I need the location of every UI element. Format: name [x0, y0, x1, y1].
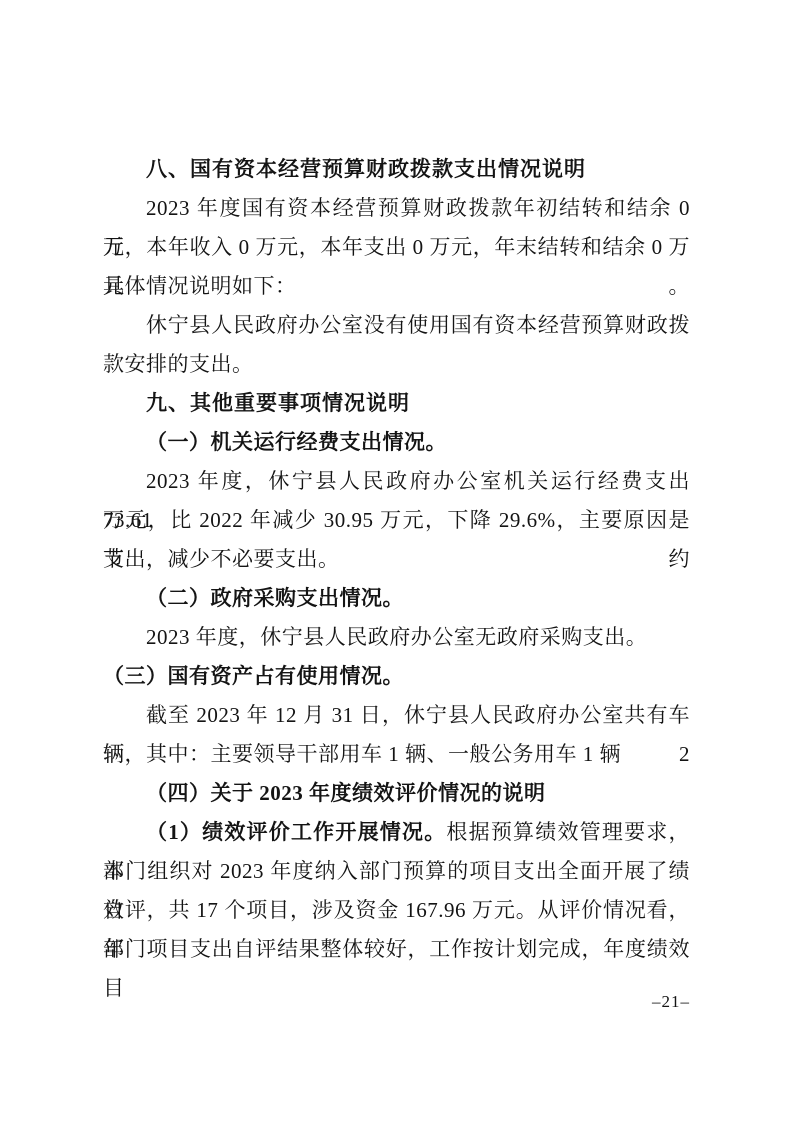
text-line: 自评，共 17 个项目，涉及资金 167.96 万元。从评价情况看，年 [103, 891, 690, 930]
text-run: 部门项目支出自评结果整体较好，工作按计划完成，年度绩效目 [103, 937, 690, 1000]
section-heading-line: 九、其他重要事项情况说明 [103, 384, 690, 423]
text-line: 元，本年收入 0 万元，本年支出 0 万元，年末结转和结余 0 万元。 [103, 228, 690, 267]
text-line: 部门项目支出自评结果整体较好，工作按计划完成，年度绩效目 [103, 930, 690, 969]
subheading-line: （二）政府采购支出情况。 [103, 579, 690, 618]
text-line: 2023 年度，休宁县人民政府办公室无政府采购支出。 [103, 618, 690, 657]
document-body: 八、国有资本经营预算财政拨款支出情况说明2023 年度国有资本经营预算财政拨款年… [103, 150, 690, 969]
subheading-line: （一）机关运行经费支出情况。 [103, 423, 690, 462]
text-run: 支出，减少不必要支出。 [103, 547, 340, 571]
bold-text-run: （三）国有资产占有使用情况。 [103, 664, 404, 688]
text-run: 休宁县人民政府办公室没有使用国有资本经营预算财政拨 [146, 313, 690, 337]
bold-text-run: （一）机关运行经费支出情况。 [146, 430, 447, 454]
text-run: 辆，其中：主要领导干部用车 1 辆、一般公务用车 1 辆 [103, 742, 621, 766]
subheading-line: （1）绩效评价工作开展情况。根据预算绩效管理要求，本 [103, 813, 690, 852]
text-line: 部门组织对 2023 年度纳入部门预算的项目支出全面开展了绩效 [103, 852, 690, 891]
section-heading-line: 八、国有资本经营预算财政拨款支出情况说明 [103, 150, 690, 189]
text-run: 2023 年度，休宁县人民政府办公室无政府采购支出。 [146, 625, 647, 649]
bold-text-run: 九、其他重要事项情况说明 [146, 392, 410, 415]
subheading-line: （三）国有资产占有使用情况。 [103, 657, 690, 696]
page-number: –21– [652, 992, 690, 1012]
text-line: 截至 2023 年 12 月 31 日，休宁县人民政府办公室共有车辆 2 [103, 696, 690, 735]
text-line: 2023 年度国有资本经营预算财政拨款年初结转和结余 0 万 [103, 189, 690, 228]
text-line: 休宁县人民政府办公室没有使用国有资本经营预算财政拨 [103, 306, 690, 345]
text-run: 款安排的支出。 [103, 352, 254, 376]
text-line: 款安排的支出。 [103, 345, 690, 384]
bold-text-run: （1）绩效评价工作开展情况。 [146, 820, 446, 844]
document-page: 八、国有资本经营预算财政拨款支出情况说明2023 年度国有资本经营预算财政拨款年… [0, 0, 793, 1122]
text-run: 具体情况说明如下： [103, 274, 297, 298]
bold-text-run: （二）政府采购支出情况。 [146, 586, 404, 610]
text-line: 辆，其中：主要领导干部用车 1 辆、一般公务用车 1 辆 [103, 735, 690, 774]
bold-text-run: 八、国有资本经营预算财政拨款支出情况说明 [146, 158, 586, 181]
text-line: 万元，比 2022 年减少 30.95 万元，下降 29.6%，主要原因是节约 [103, 501, 690, 540]
text-line: 2023 年度，休宁县人民政府办公室机关运行经费支出 73.61 [103, 462, 690, 501]
subheading-line: （四）关于 2023 年度绩效评价情况的说明 [103, 774, 690, 813]
bold-text-run: （四）关于 2023 年度绩效评价情况的说明 [146, 781, 546, 805]
